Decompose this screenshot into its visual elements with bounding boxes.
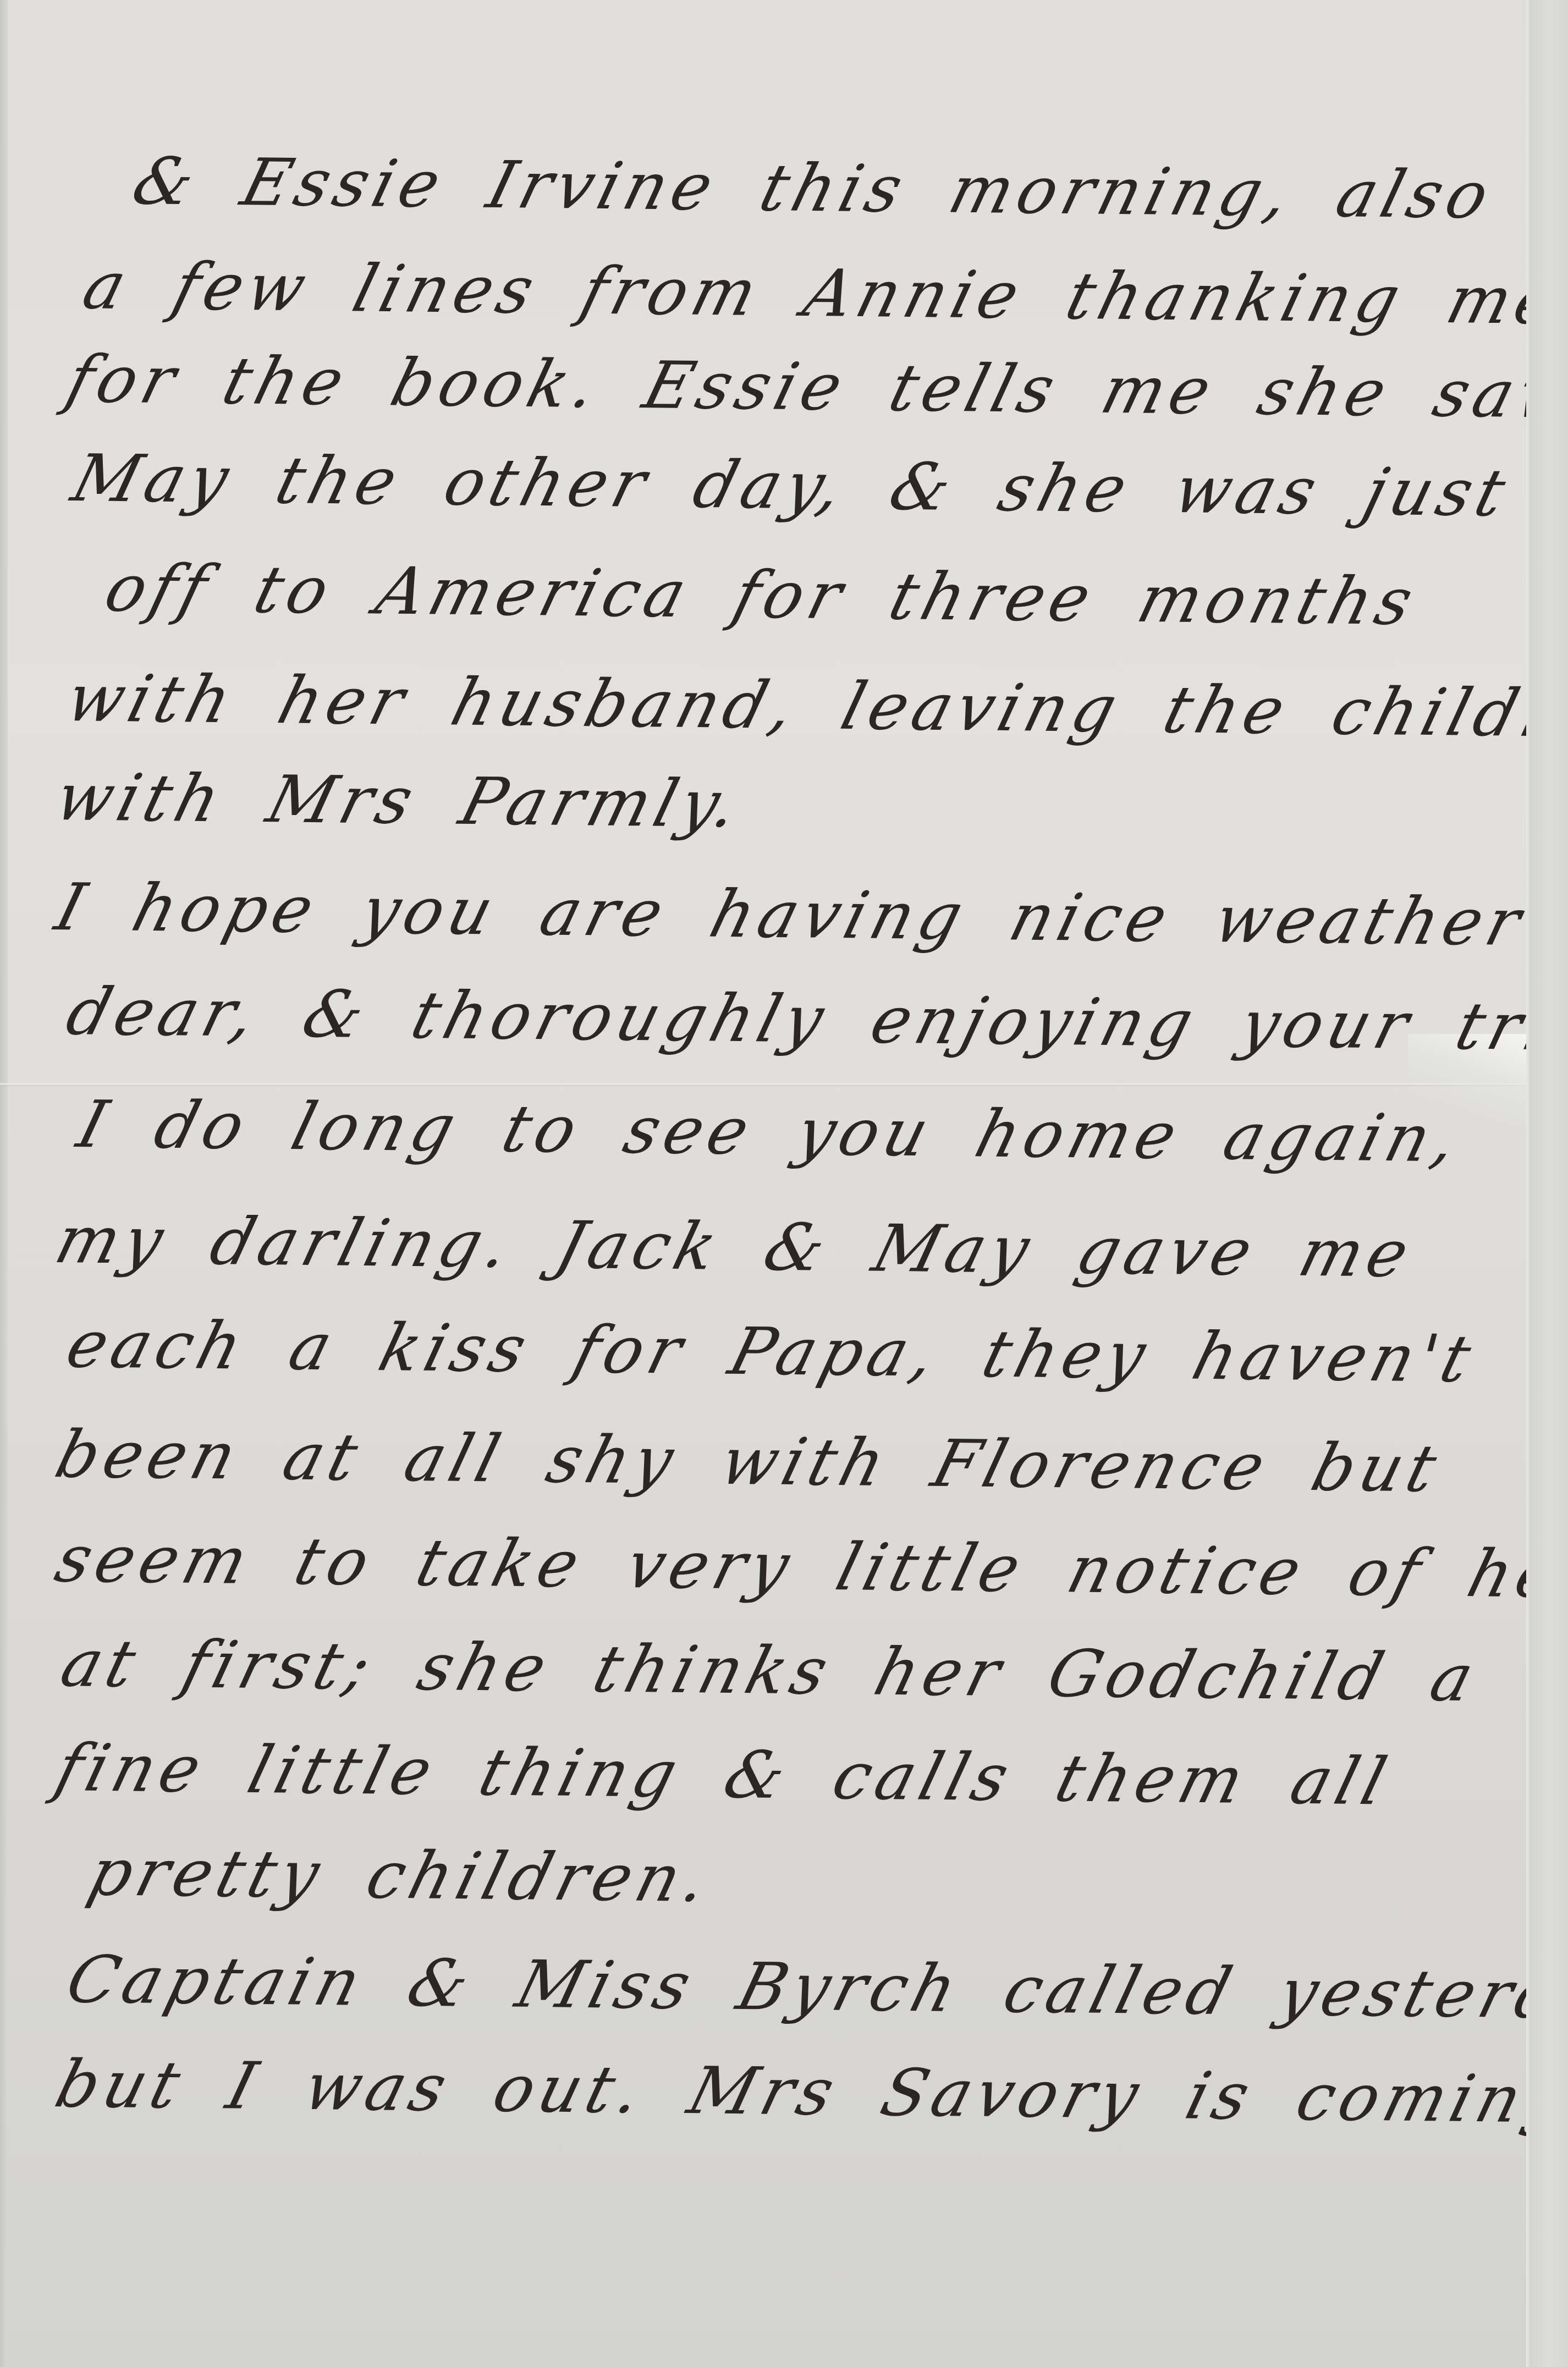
- letter-page: & Essie Irvine this morning, also a few …: [0, 0, 1526, 2367]
- handwritten-line: with her husband, leaving the children: [60, 665, 1568, 747]
- handwritten-line: Captain & Miss Byrch called yesterday,: [60, 1947, 1568, 2029]
- handwritten-line: fine little thing & calls them all: [49, 1735, 1398, 1814]
- handwritten-line: pretty children.: [82, 1840, 719, 1911]
- page-left-edge: [0, 0, 8, 2367]
- handwritten-line: I do long to see you home again,: [71, 1092, 1469, 1171]
- handwritten-line: but I was out. Mrs Savory is coming: [49, 2051, 1568, 2132]
- handwritten-line: a few lines from Annie thanking me: [77, 253, 1568, 333]
- adjacent-page-edge: [1526, 0, 1568, 2367]
- handwritten-line: off to America for three months: [99, 555, 1424, 634]
- fold-crease: [0, 1082, 1526, 1087]
- handwritten-line: at first; she thinks her Godchild a: [55, 1631, 1485, 1710]
- handwritten-line: been at all shy with Florence but: [49, 1422, 1448, 1501]
- handwritten-line: for the book. Essie tells me she saw: [60, 346, 1568, 427]
- handwritten-line: May the other day, & she was just: [66, 445, 1517, 525]
- handwritten-line: dear, & thoroughly enjoying your trip.: [60, 979, 1568, 1060]
- handwritten-line: each a kiss for Papa, they haven't: [60, 1312, 1482, 1391]
- handwritten-line: with Mrs Parmly.: [49, 764, 750, 836]
- handwritten-line: I hope you are having nice weather: [49, 874, 1533, 955]
- handwritten-line: my darling. Jack & May gave me: [49, 1207, 1421, 1286]
- handwritten-line: seem to take very little notice of her,: [49, 1526, 1568, 1608]
- handwritten-line: & Essie Irvine this morning, also: [126, 148, 1500, 228]
